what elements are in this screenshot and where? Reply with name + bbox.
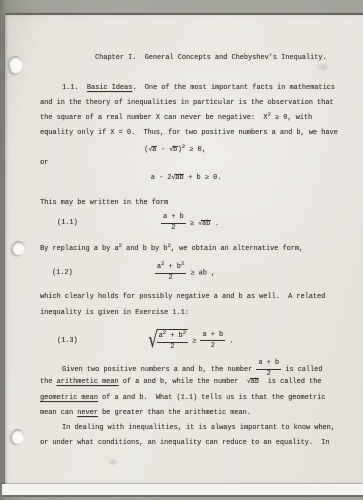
superscript: 2 bbox=[182, 143, 185, 150]
para6-line1: Given two positive numbers a and b, the … bbox=[62, 359, 322, 379]
page-text: Chapter I. General Concepts and Chebyshe… bbox=[0, 0, 363, 500]
fraction-numerator: a2 + b2 bbox=[157, 331, 188, 343]
equation-label: (1.1) bbox=[57, 218, 78, 228]
para1-line2: and in the theory of inequalities in par… bbox=[40, 98, 334, 108]
text-segment: the bbox=[40, 378, 57, 386]
text-segment: a + b bbox=[258, 359, 279, 367]
radicand: ab bbox=[250, 378, 259, 386]
chapter-heading: Chapter I. General Concepts and Chebyshe… bbox=[95, 53, 327, 63]
text-segment: + b bbox=[164, 263, 181, 271]
para2-or: or bbox=[40, 158, 48, 168]
text-segment: . bbox=[211, 220, 219, 228]
text-segment: and b by b bbox=[122, 245, 168, 253]
text-segment: By replacing a by a bbox=[40, 245, 119, 253]
text-segment: This may be written in the form bbox=[40, 199, 168, 207]
para6-line3: geometric mean of a and b. What (1.1) te… bbox=[40, 393, 325, 403]
equation-1-2: (1.2)a2 + b22 ≥ ab , bbox=[35, 262, 335, 283]
text-segment: ≥ bbox=[186, 220, 198, 228]
fraction: a + b2 bbox=[200, 331, 225, 351]
para5-line2: inequality is given in Exercise 1.1: bbox=[40, 308, 189, 318]
text-segment: or bbox=[40, 159, 48, 167]
text-segment: ≥ bbox=[188, 337, 200, 345]
text-segment: the square of a real number X can never … bbox=[40, 114, 267, 122]
text-segment: of a and b. What (1.1) tells us is that … bbox=[98, 394, 325, 402]
sqrt-expression: √ab bbox=[198, 220, 211, 228]
para4-line1: By replacing a by a2 and b by b2, we obt… bbox=[40, 244, 303, 254]
text-segment: ≥ ab , bbox=[186, 269, 215, 277]
vinculum: a2 + b22 bbox=[157, 329, 188, 352]
text-segment: of a and b, while the number bbox=[119, 378, 247, 386]
superscript: 2 bbox=[181, 260, 184, 267]
text-segment: + b bbox=[166, 332, 183, 340]
text-segment: . One of the most important facts in mat… bbox=[132, 84, 335, 92]
text-segment: a + b bbox=[202, 331, 223, 339]
text-segment: ≥ 0, with bbox=[271, 114, 312, 122]
underlined-text: geometric mean bbox=[40, 394, 98, 402]
text-segment: mean can bbox=[40, 409, 77, 417]
para1-line4: equality only if X = 0. Thus, for two po… bbox=[40, 128, 338, 138]
text-segment: which clearly holds for possibly negativ… bbox=[40, 293, 325, 301]
text-segment: ≥ 0, bbox=[185, 146, 206, 154]
fraction-denominator: 2 bbox=[200, 341, 225, 351]
fraction: a2 + b22 bbox=[155, 262, 186, 283]
text-segment: a + b bbox=[163, 213, 184, 221]
para1-line3: the square of a real number X can never … bbox=[40, 113, 312, 123]
para7-line2: or under what conditions, an inequality … bbox=[40, 438, 329, 448]
radical-sign-icon: √ bbox=[148, 330, 158, 352]
sqrt-expression: √ab bbox=[247, 378, 260, 386]
para6-line2: the arithmetic mean of a and b, while th… bbox=[40, 377, 321, 387]
fraction: a2 + b22 bbox=[157, 331, 188, 352]
para1-line1: 1.1. Basic Ideas. One of the most import… bbox=[62, 83, 335, 93]
para6-line4: mean can never be greater than the arith… bbox=[40, 408, 251, 418]
radicand: ab bbox=[175, 174, 184, 182]
text-segment: or under what conditions, an inequality … bbox=[40, 439, 329, 447]
scanned-document-photo: Chapter I. General Concepts and Chebyshe… bbox=[0, 0, 363, 500]
superscript: 2 bbox=[267, 111, 270, 118]
text-segment: and in the theory of inequalities in par… bbox=[40, 99, 334, 107]
fraction: a + b2 bbox=[161, 213, 186, 233]
text-segment: is called bbox=[281, 366, 322, 374]
text-segment: . bbox=[225, 337, 233, 345]
superscript: 2 bbox=[163, 329, 166, 336]
fraction-denominator: 2 bbox=[157, 343, 188, 353]
superscript: 2 bbox=[167, 242, 170, 249]
equation-label: (1.3) bbox=[57, 336, 78, 346]
big-sqrt-expression: √a2 + b22 bbox=[147, 329, 189, 352]
sqrt-expression: √a bbox=[148, 146, 156, 154]
underlined-text: arithmetic mean bbox=[57, 378, 119, 386]
superscript: 2 bbox=[161, 260, 164, 267]
fraction-denominator: 2 bbox=[161, 224, 186, 234]
text-segment: is called the bbox=[259, 378, 321, 386]
text-segment: - bbox=[157, 146, 169, 154]
sqrt-expression: √b bbox=[169, 146, 177, 154]
para3-line1: This may be written in the form bbox=[40, 198, 168, 208]
sqrt-expression: √ab bbox=[171, 174, 184, 182]
text-segment: Chapter I. General Concepts and Chebyshe… bbox=[95, 54, 327, 62]
text-segment: Given two positive numbers a and b, the … bbox=[62, 366, 256, 374]
radicand: ab bbox=[201, 220, 210, 228]
text-segment: 1.1. bbox=[62, 84, 87, 92]
equation-1-3: (1.3)√a2 + b22 ≥ a + b2 . bbox=[40, 329, 340, 352]
fraction-numerator: a2 + b2 bbox=[155, 262, 186, 274]
text-segment: In dealing with inequalities, it is alwa… bbox=[62, 424, 335, 432]
fraction-numerator: a + b bbox=[161, 213, 186, 224]
para5-line1: which clearly holds for possibly negativ… bbox=[40, 292, 325, 302]
equation-expanded: a - 2√ab + b ≥ 0. bbox=[36, 173, 336, 183]
equation-1-1: (1.1)a + b2 ≥ √ab . bbox=[40, 213, 340, 233]
para7-line1: In dealing with inequalities, it is alwa… bbox=[62, 423, 335, 433]
equation-sqrt-difference: (√a - √b)2 ≥ 0, bbox=[25, 145, 325, 155]
underlined-text: Basic Ideas bbox=[87, 84, 133, 92]
fraction-denominator: 2 bbox=[155, 274, 186, 284]
superscript: 2 bbox=[119, 242, 122, 249]
equation-label: (1.2) bbox=[52, 268, 73, 278]
text-segment: inequality is given in Exercise 1.1: bbox=[40, 309, 189, 317]
fraction-numerator: a + b bbox=[256, 359, 281, 370]
underlined-text: never bbox=[77, 409, 98, 417]
text-segment: + b ≥ 0. bbox=[184, 174, 221, 182]
superscript: 2 bbox=[183, 329, 186, 336]
text-segment: be greater than the arithmetic mean. bbox=[98, 409, 251, 417]
text-segment: equality only if X = 0. Thus, for two po… bbox=[40, 129, 338, 137]
text-segment: a - 2 bbox=[151, 174, 172, 182]
fraction-numerator: a + b bbox=[200, 331, 225, 342]
text-segment: , we obtain an alternative form, bbox=[171, 245, 303, 253]
fraction: a + b2 bbox=[256, 359, 281, 379]
